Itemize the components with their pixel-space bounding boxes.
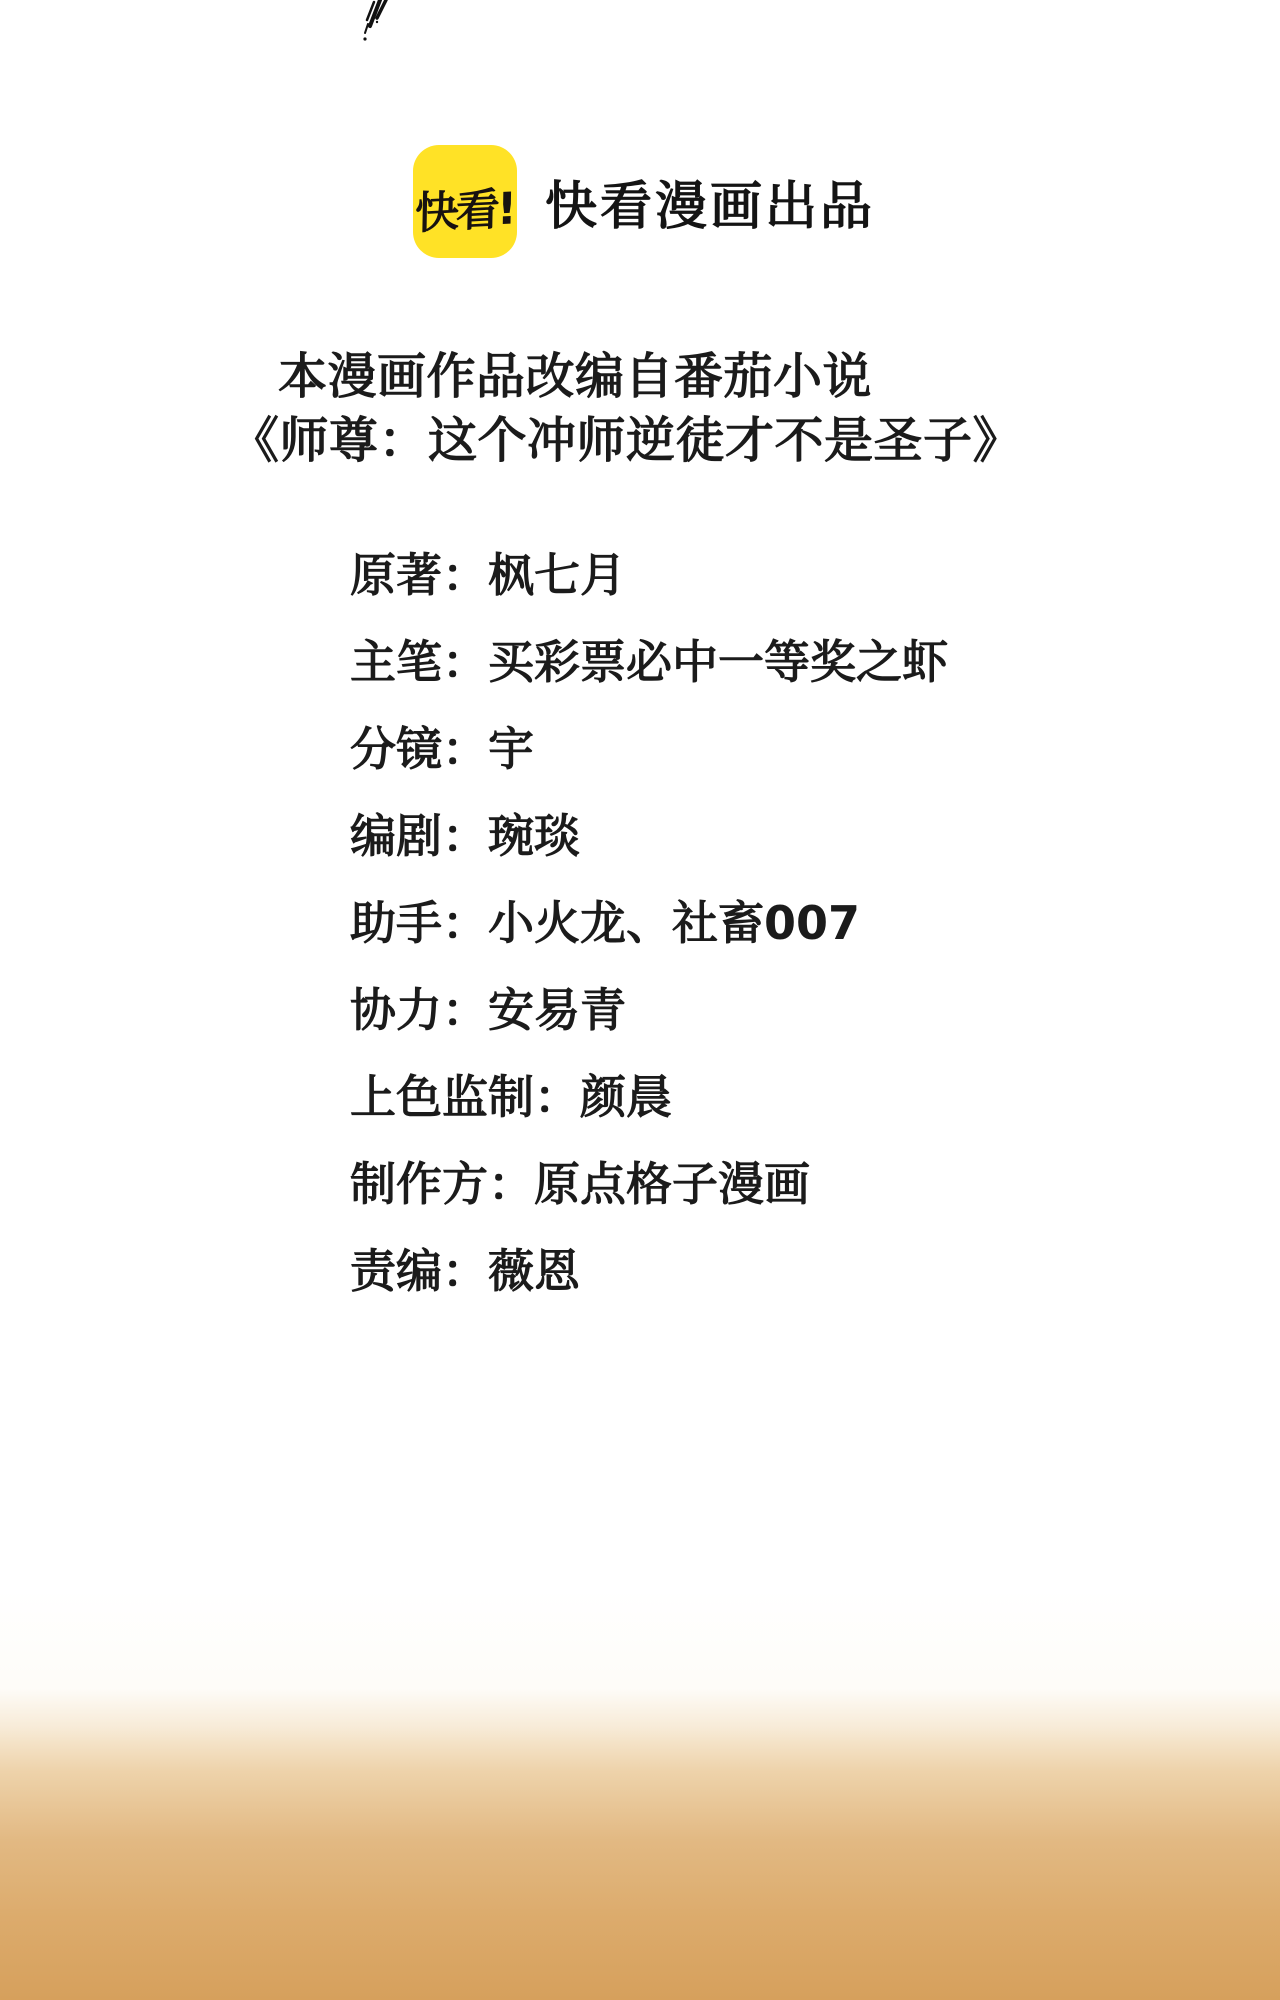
credit-row-original-author: 原著：枫七月 [350,532,948,619]
brand-row: 快看! 快看漫画出品 [413,145,875,258]
adaptation-note: 本漫画作品改编自番茄小说 [278,338,872,408]
credit-row-storyboard: 分镜：宇 [350,706,948,793]
credit-label: 主笔 [350,635,442,689]
credit-colon: ： [442,983,488,1037]
comic-credits-page: 快看! 快看漫画出品 本漫画作品改编自番茄小说 《师尊：这个冲师逆徒才不是圣子》… [0,0,1280,2000]
credit-value: 买彩票必中一等奖之虾 [488,635,948,689]
credit-colon: ： [442,1244,488,1298]
ink-scribble-icon [352,0,392,45]
credit-colon: ： [442,635,488,689]
credit-label: 协力 [350,983,442,1037]
credit-colon: ： [488,1157,534,1211]
credit-row-screenwriter: 编剧：琬琰 [350,793,948,880]
credit-value: 小火龙、社畜007 [488,896,860,950]
credit-value: 枫七月 [488,548,626,602]
credit-colon: ： [442,896,488,950]
credit-colon: ： [442,548,488,602]
credit-label: 制作方 [350,1157,488,1211]
credit-label: 编剧 [350,809,442,863]
credit-value: 薇恩 [488,1244,580,1298]
credit-row-color-supervisor: 上色监制：颜晨 [350,1054,948,1141]
credit-row-lead-artist: 主笔：买彩票必中一等奖之虾 [350,619,948,706]
credit-value: 琬琰 [488,809,580,863]
credit-colon: ： [442,809,488,863]
novel-title: 《师尊：这个冲师逆徒才不是圣子》 [230,402,1022,472]
credit-value: 原点格子漫画 [534,1157,810,1211]
brand-publisher-text: 快看漫画出品 [545,164,875,239]
kuaikan-logo: 快看! [413,145,517,258]
credit-label: 原著 [350,548,442,602]
bottom-gradient [0,1590,1280,2000]
credit-value: 颜晨 [580,1070,672,1124]
credit-label: 责编 [350,1244,442,1298]
credit-colon: ： [534,1070,580,1124]
credit-colon: ： [442,722,488,776]
kuaikan-logo-text: 快看! [415,172,515,241]
credit-row-production: 制作方：原点格子漫画 [350,1141,948,1228]
credit-row-cooperation: 协力：安易青 [350,967,948,1054]
credit-value: 宇 [488,722,534,776]
credit-label: 分镜 [350,722,442,776]
credit-label: 助手 [350,896,442,950]
credit-row-assistants: 助手：小火龙、社畜007 [350,880,948,967]
credit-value: 安易青 [488,983,626,1037]
credit-row-editor: 责编：薇恩 [350,1228,948,1315]
credits-list: 原著：枫七月 主笔：买彩票必中一等奖之虾 分镜：宇 编剧：琬琰 助手：小火龙、社… [350,532,948,1315]
credit-label: 上色监制 [350,1070,534,1124]
